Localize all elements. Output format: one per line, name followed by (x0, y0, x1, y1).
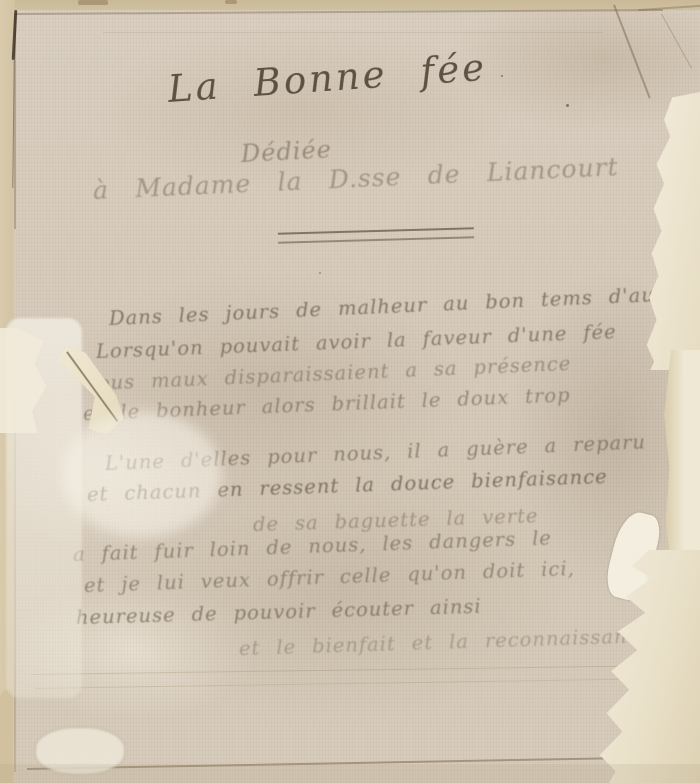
ink-speck (319, 272, 321, 274)
ink-speck (566, 104, 569, 107)
manuscript-scan: La Bonne fée Dédiée à Madame la D.sse de… (0, 0, 700, 783)
ink-speck (433, 480, 435, 482)
top-edge-notch (225, 0, 237, 4)
ink-speck (501, 75, 503, 77)
bottom-margin-shade (0, 764, 700, 783)
dedication-label: Dédiée (240, 135, 332, 168)
faded-white-patch (62, 412, 222, 537)
faint-inner-line (103, 32, 603, 33)
torn-paper-right-middle (664, 350, 700, 565)
top-edge-notch (78, 0, 108, 5)
